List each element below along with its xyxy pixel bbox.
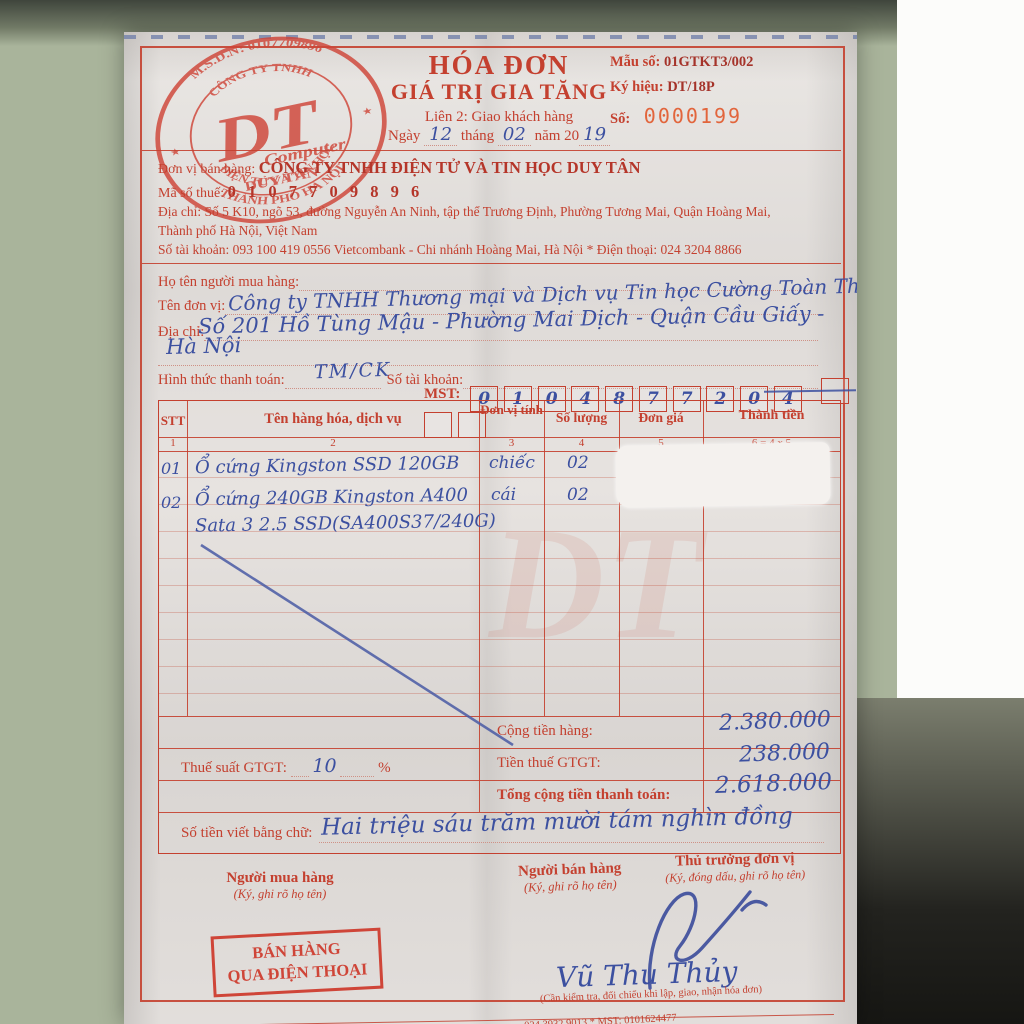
amount-words-label: Số tiền viết bằng chữ: bbox=[181, 825, 312, 842]
serial-label: Ký hiệu: bbox=[610, 79, 664, 95]
row2-stt: 02 bbox=[161, 493, 181, 512]
date-month-label: tháng bbox=[461, 128, 494, 144]
row1-qty: 02 bbox=[567, 453, 589, 473]
phone-sale-stamp: BÁN HÀNG QUA ĐIỆN THOẠI bbox=[211, 928, 384, 997]
total-label: Tổng cộng tiền thanh toán: bbox=[497, 787, 670, 804]
form-no-label: Mẫu số: bbox=[610, 54, 660, 70]
date-day-value: 12 bbox=[424, 124, 457, 146]
amount-words-dots bbox=[319, 842, 824, 843]
col-header-name: Tên hàng hóa, dịch vụ bbox=[187, 411, 479, 428]
date-year-label: năm 20 bbox=[535, 128, 580, 144]
serial-value: DT/18P bbox=[667, 79, 715, 95]
subtotal-label: Cộng tiền hàng: bbox=[497, 723, 593, 740]
row1-unit: chiếc bbox=[489, 453, 535, 473]
row1-stt: 01 bbox=[161, 459, 181, 478]
perforation-edge bbox=[124, 35, 857, 39]
amount-words-value: Hai triệu sáu trăm mười tám nghìn đồng bbox=[321, 803, 793, 841]
invoice-paper: HÓA ĐƠN GIÁ TRỊ GIA TĂNG Liên 2: Giao kh… bbox=[124, 32, 857, 1024]
dt-watermark: DT bbox=[489, 491, 749, 676]
buyer-address-row2 bbox=[158, 350, 818, 366]
date-year-value: 19 bbox=[579, 124, 610, 146]
table-line bbox=[479, 716, 480, 812]
col-no: 1 bbox=[159, 437, 187, 449]
divider-header bbox=[142, 150, 841, 151]
col-header-amount: Thành tiền bbox=[703, 408, 840, 424]
whiteout-patch bbox=[615, 442, 830, 508]
form-meta-block: Mẫu số: 01GTKT3/002 Ký hiệu: DT/18P Số: … bbox=[610, 54, 825, 128]
seller-unit-label: Đơn vị bán hàng: bbox=[158, 162, 255, 177]
col-header-price: Đơn giá bbox=[619, 410, 703, 426]
date-month-value: 02 bbox=[498, 124, 531, 146]
vat-rate-line: Thuế suất GTGT: 10 % bbox=[181, 755, 391, 777]
table-line bbox=[703, 716, 704, 812]
seller-addr1: Số 5 K10, ngõ 53, đường Nguyễn An Ninh, … bbox=[205, 204, 771, 219]
seller-tax-code: 0 1 0 7 7 0 9 8 9 6 bbox=[228, 182, 424, 201]
buyer-sign-subtitle: (Ký, ghi rõ họ tên) bbox=[170, 887, 390, 902]
vat-label: Tiền thuế GTGT: bbox=[497, 755, 601, 772]
invoice-no-value: 0000199 bbox=[644, 104, 742, 128]
background-white-strip bbox=[897, 0, 1024, 702]
col-header-qty: Số lượng bbox=[544, 410, 619, 426]
vat-rate-label: Thuế suất GTGT: bbox=[181, 760, 287, 776]
seller-address-line1: Địa chỉ: Số 5 K10, ngõ 53, đường Nguyễn … bbox=[158, 204, 771, 220]
stamp-star-right: ★ bbox=[361, 105, 374, 118]
director-signature-block: Thủ trưởng đơn vị (Ký, đóng dấu, ghi rõ … bbox=[629, 849, 842, 887]
col-no: 4 bbox=[544, 437, 619, 449]
payment-label: Hình thức thanh toán: bbox=[158, 372, 285, 389]
col-header-stt: STT bbox=[159, 413, 187, 429]
seller-address-line2: Thành phố Hà Nội, Việt Nam bbox=[158, 223, 317, 239]
title-line2: GIÁ TRỊ GIA TĂNG bbox=[364, 79, 634, 105]
background-bottom-left-shadow bbox=[0, 520, 124, 1024]
seller-unit-line: Đơn vị bán hàng: CÔNG TY TNHH ĐIỆN TỬ VÀ… bbox=[158, 158, 641, 178]
seller-tax-label: Mã số thuế: bbox=[158, 186, 224, 201]
title-line1: HÓA ĐƠN bbox=[364, 50, 634, 81]
total-value: 2.618.000 bbox=[715, 769, 833, 799]
subtotal-value: 2.380.000 bbox=[719, 707, 832, 736]
vat-rate-value: 10 bbox=[312, 755, 336, 777]
seller-tax-line: Mã số thuế: 0 1 0 7 7 0 9 8 9 6 bbox=[158, 182, 423, 202]
invoice-no-label: Số: bbox=[610, 111, 630, 127]
buyer-signature-block: Người mua hàng (Ký, ghi rõ họ tên) bbox=[170, 870, 390, 902]
col-header-unit: Đơn vị tính bbox=[479, 403, 544, 418]
stamp-star-left: ★ bbox=[169, 146, 182, 159]
buyer-name-label: Họ tên người mua hàng: bbox=[158, 274, 299, 291]
background-bottom-right-shadow bbox=[855, 698, 1024, 1024]
invoice-title: HÓA ĐƠN GIÁ TRỊ GIA TĂNG Liên 2: Giao kh… bbox=[364, 50, 634, 126]
col-no: 3 bbox=[479, 437, 544, 449]
divider-seller bbox=[142, 263, 841, 264]
photo-canvas: HÓA ĐƠN GIÁ TRỊ GIA TĂNG Liên 2: Giao kh… bbox=[0, 0, 1024, 1024]
buyer-unit-label: Tên đơn vị: bbox=[158, 298, 225, 315]
buyer-address-value2: Hà Nội bbox=[166, 333, 242, 359]
vat-value: 238.000 bbox=[739, 739, 831, 767]
seller-account-line: Số tài khoản: 093 100 419 0556 Vietcomba… bbox=[158, 242, 742, 258]
seller-addr-label: Địa chỉ: bbox=[158, 204, 201, 219]
payment-value: TM/CK bbox=[314, 359, 392, 384]
form-no-value: 01GTKT3/002 bbox=[664, 54, 753, 70]
vat-rate-unit: % bbox=[378, 760, 391, 776]
buyer-sign-title: Người mua hàng bbox=[170, 870, 390, 887]
seller-name: CÔNG TY TNHH ĐIỆN TỬ VÀ TIN HỌC DUY TÂN bbox=[259, 158, 641, 177]
col-no: 2 bbox=[187, 437, 479, 449]
